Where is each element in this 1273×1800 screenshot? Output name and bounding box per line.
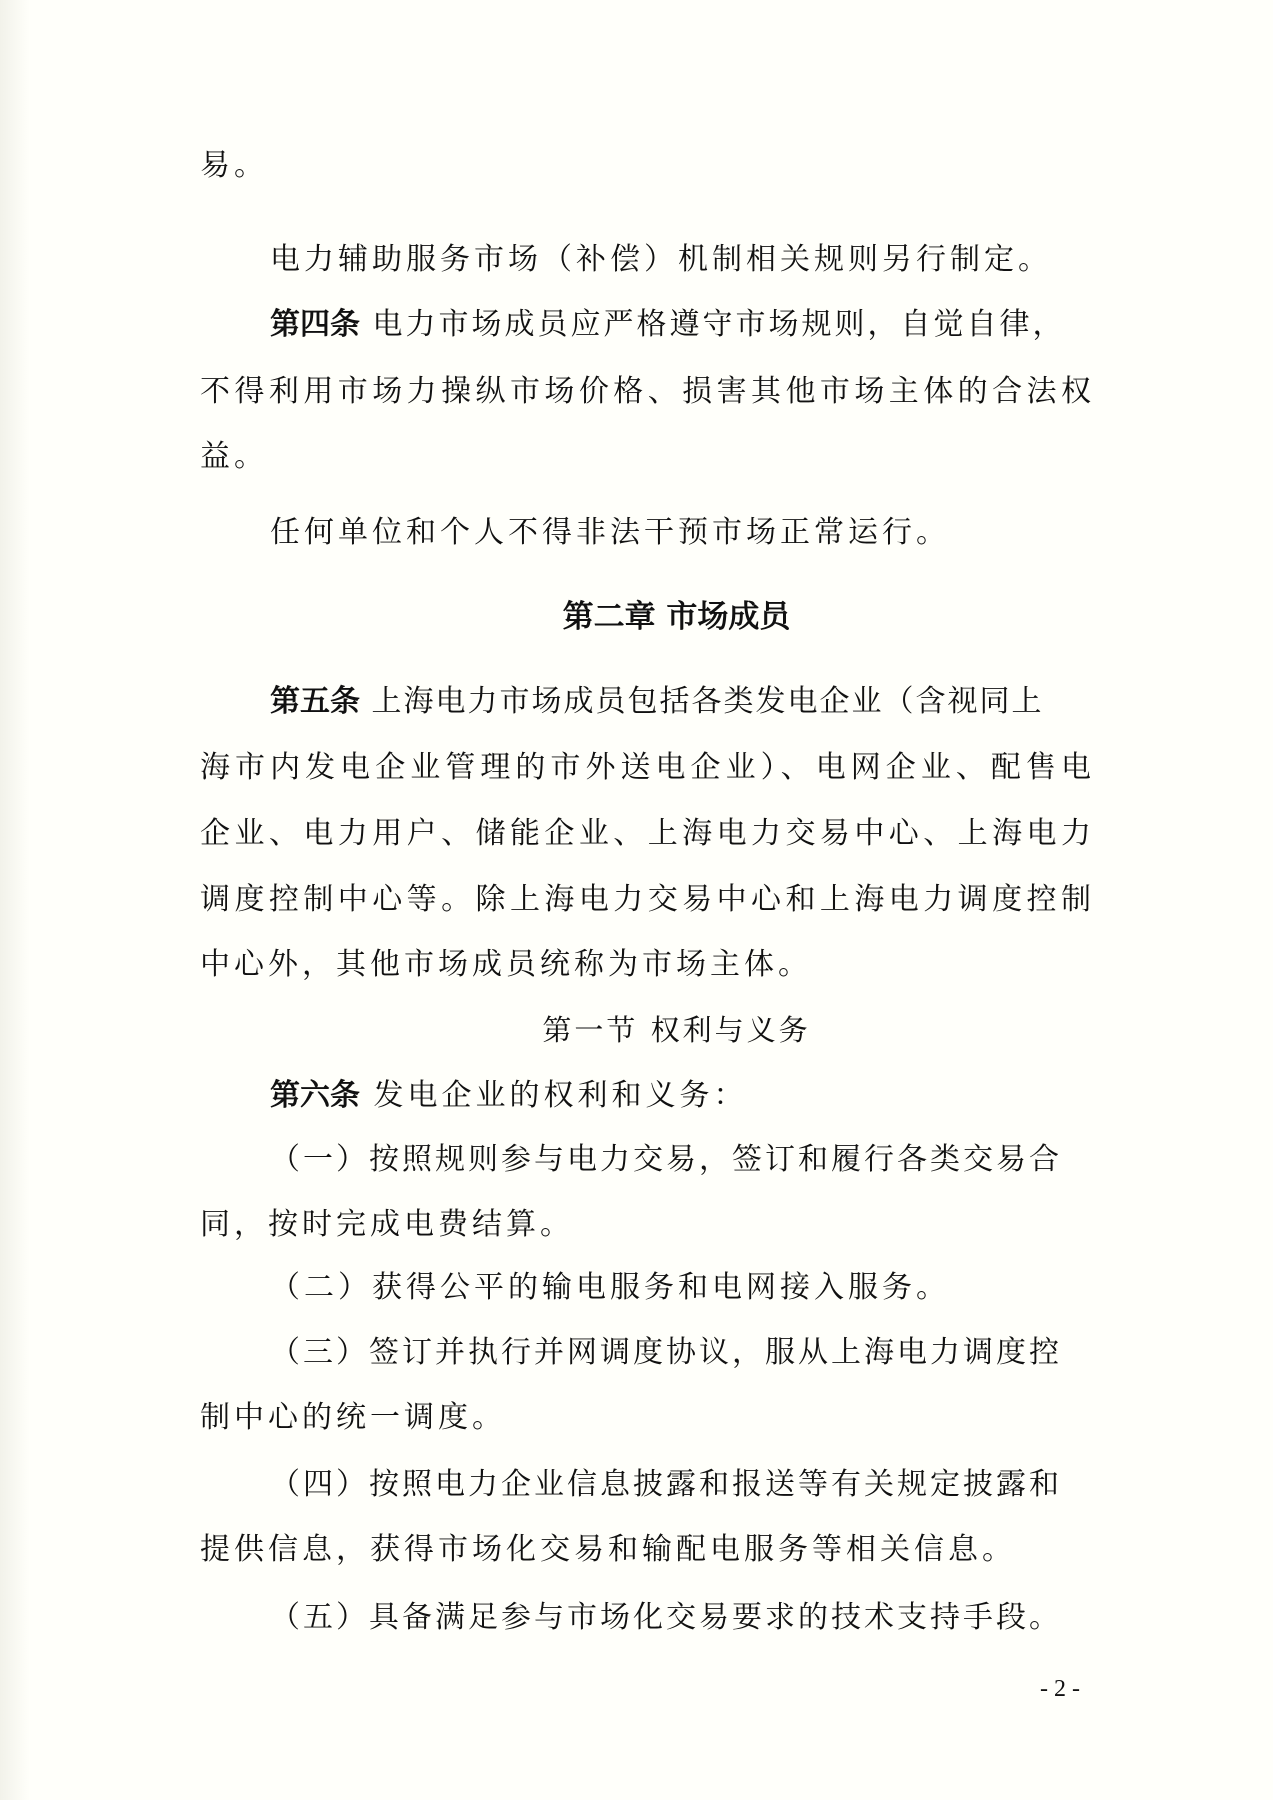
article-6-item-2: （二）获得公平的输电服务和电网接入服务。	[270, 1268, 1095, 1308]
section-heading: 第一节 权利与义务	[0, 1010, 1273, 1050]
paragraph-aux-service-rules: 电力辅助服务市场（补偿）机制相关规则另行制定。	[270, 240, 1095, 280]
article-5-line-2: 海市内发电企业管理的市外送电企业）、电网企业、配售电	[200, 748, 1095, 788]
article-4-line-1: 第四条 电力市场成员应严格遵守市场规则，自觉自律，	[270, 305, 1095, 345]
article-5-line-3: 企业、电力用户、储能企业、上海电力交易中心、上海电力	[200, 814, 1095, 854]
line-text: 提供信息，获得市场化交易和输配电服务等相关信息。	[200, 1532, 1016, 1567]
article-number: 第六条	[270, 1078, 360, 1113]
line-text: 易。	[200, 148, 268, 183]
article-number: 第四条	[270, 307, 360, 342]
line-text: 调度控制中心等。除上海电力交易中心和上海电力调度控制	[200, 882, 1095, 917]
page-number: - 2 -	[1040, 1676, 1080, 1703]
article-6-item-3-line-1: （三）签订并执行并网调度协议，服从上海电力调度控	[270, 1333, 1095, 1373]
article-6-item-1-line-2: 同，按时完成电费结算。	[200, 1205, 1095, 1245]
article-4-line-2: 不得利用市场力操纵市场价格、损害其他市场主体的合法权	[200, 372, 1095, 412]
article-6-item-4-line-1: （四）按照电力企业信息披露和报送等有关规定披露和	[270, 1465, 1095, 1505]
line-text: （三）签订并执行并网调度协议，服从上海电力调度控	[270, 1335, 1062, 1370]
line-text: 任何单位和个人不得非法干预市场正常运行。	[270, 515, 950, 550]
line-text: 电力辅助服务市场（补偿）机制相关规则另行制定。	[270, 242, 1052, 277]
article-6-item-3-line-2: 制中心的统一调度。	[200, 1398, 1095, 1438]
article-6-heading: 第六条 发电企业的权利和义务：	[270, 1076, 1095, 1116]
article-6-item-5: （五）具备满足参与市场化交易要求的技术支持手段。	[270, 1598, 1095, 1638]
line-text: 电力市场成员应严格遵守市场规则，自觉自律，	[360, 307, 1066, 342]
line-text: （四）按照电力企业信息披露和报送等有关规定披露和	[270, 1467, 1062, 1502]
article-6-item-4-line-2: 提供信息，获得市场化交易和输配电服务等相关信息。	[200, 1530, 1095, 1570]
line-text: （一）按照规则参与电力交易，签订和履行各类交易合	[270, 1142, 1062, 1177]
article-number: 第五条	[270, 684, 360, 719]
chapter-heading: 第二章 市场成员	[0, 597, 1273, 637]
article-5-line-1: 第五条 上海电力市场成员包括各类发电企业（含视同上	[270, 682, 1095, 722]
line-text: 中心外，其他市场成员统称为市场主体。	[200, 947, 812, 982]
line-text: 企业、电力用户、储能企业、上海电力交易中心、上海电力	[200, 816, 1095, 851]
line-text: （二）获得公平的输电服务和电网接入服务。	[270, 1270, 950, 1305]
scan-edge-shadow	[0, 0, 30, 1800]
line-text: 不得利用市场力操纵市场价格、损害其他市场主体的合法权	[200, 374, 1095, 409]
article-5-line-5: 中心外，其他市场成员统称为市场主体。	[200, 945, 1095, 985]
article-4-line-3: 益。	[200, 437, 1095, 477]
article-6-item-1-line-1: （一）按照规则参与电力交易，签订和履行各类交易合	[270, 1140, 1095, 1180]
paragraph-line-continuation: 易。	[200, 146, 1095, 186]
line-text: 发电企业的权利和义务：	[360, 1078, 748, 1113]
line-text: （五）具备满足参与市场化交易要求的技术支持手段。	[270, 1600, 1062, 1635]
line-text: 益。	[200, 439, 268, 474]
line-text: 上海电力市场成员包括各类发电企业（含视同上	[360, 684, 1044, 719]
line-text: 制中心的统一调度。	[200, 1400, 506, 1435]
line-text: 海市内发电企业管理的市外送电企业）、电网企业、配售电	[200, 750, 1095, 785]
article-5-line-4: 调度控制中心等。除上海电力交易中心和上海电力调度控制	[200, 880, 1095, 920]
line-text: 同，按时完成电费结算。	[200, 1207, 574, 1242]
article-4-paragraph-2: 任何单位和个人不得非法干预市场正常运行。	[270, 513, 1095, 553]
document-page: 易。 电力辅助服务市场（补偿）机制相关规则另行制定。 第四条 电力市场成员应严格…	[0, 0, 1273, 1800]
